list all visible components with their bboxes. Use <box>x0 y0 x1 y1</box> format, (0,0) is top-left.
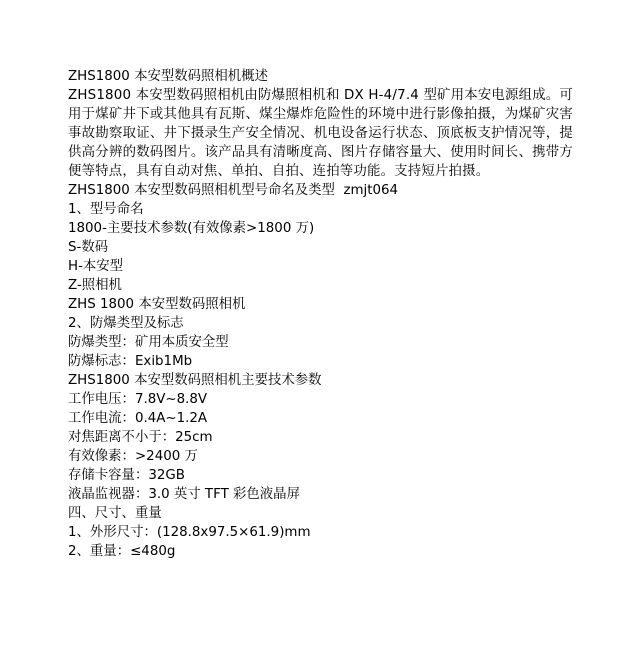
spec-item: 有效像素：>2400 万 <box>68 447 573 466</box>
specs-heading: ZHS1800 本安型数码照相机主要技术参数 <box>68 371 573 390</box>
explosion-item: 防爆类型：矿用本质安全型 <box>68 333 573 352</box>
naming-item: Z-照相机 <box>68 276 573 295</box>
spec-item: 工作电压：7.8V~8.8V <box>68 390 573 409</box>
explosion-item: 防爆标志：Exib1Mb <box>68 352 573 371</box>
dimensions-heading: 四、尺寸、重量 <box>68 504 573 523</box>
naming-item: S-数码 <box>68 238 573 257</box>
dimension-item: 2、重量：≤480g <box>68 542 573 561</box>
spec-item: 工作电流：0.4A~1.2A <box>68 409 573 428</box>
document-body: ZHS1800 本安型数码照相机概述 ZHS1800 本安型数码照相机由防爆照相… <box>68 67 573 561</box>
naming-heading: 1、型号命名 <box>68 200 573 219</box>
explosion-heading: 2、防爆类型及标志 <box>68 314 573 333</box>
naming-item: ZHS 1800 本安型数码照相机 <box>68 295 573 314</box>
dimension-item: 1、外形尺寸：(128.8x97.5×61.9)mm <box>68 523 573 542</box>
spec-item: 存储卡容量：32GB <box>68 466 573 485</box>
spec-item: 对焦距离不小于：25cm <box>68 428 573 447</box>
naming-item: 1800-主要技术参数(有效像素>1800 万) <box>68 219 573 238</box>
model-section-title: ZHS1800 本安型数码照相机型号命名及类型 zmjt064 <box>68 181 573 200</box>
naming-item: H-本安型 <box>68 257 573 276</box>
spec-item: 液晶监视器：3.0 英寸 TFT 彩色液晶屏 <box>68 485 573 504</box>
document-title: ZHS1800 本安型数码照相机概述 <box>68 67 573 86</box>
intro-paragraph: ZHS1800 本安型数码照相机由防爆照相机和 DX H-4/7.4 型矿用本安… <box>68 86 573 181</box>
